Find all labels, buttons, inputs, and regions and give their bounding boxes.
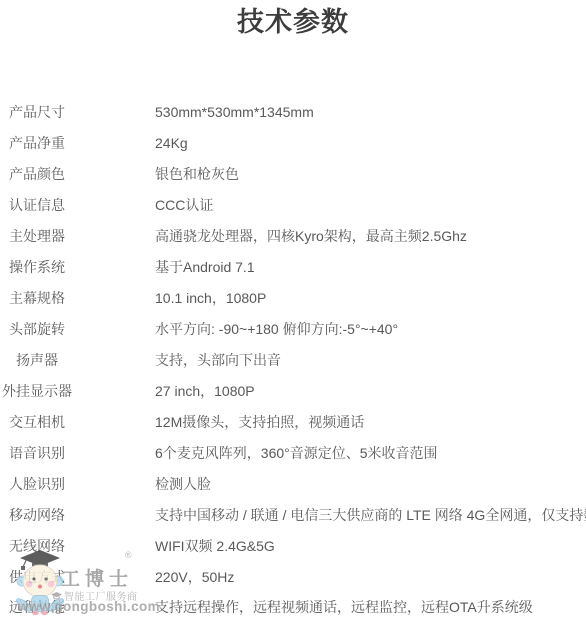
spec-value: 高通骁龙处理器，四核Kyro架构，最高主频2.5Ghz	[155, 226, 467, 246]
spec-label: 语音识别	[2, 443, 72, 463]
spec-label: 产品颜色	[2, 164, 72, 184]
spec-row: 移动网络 支持中国移动 / 联通 / 电信三大供应商的 LTE 网络 4G全网通…	[0, 499, 586, 530]
watermark-brand-text: 工博士	[61, 564, 133, 591]
spec-label: 认证信息	[2, 195, 72, 215]
spec-row: 产品尺寸 530mm*530mm*1345mm	[0, 97, 586, 128]
spec-label: 主处理器	[2, 226, 72, 246]
spec-row: 认证信息 CCC认证	[0, 190, 586, 221]
spec-table: 产品尺寸 530mm*530mm*1345mm 产品净重 24Kg 产品颜色 银…	[0, 97, 586, 623]
spec-label: 产品净重	[2, 133, 72, 153]
spec-row: 头部旋转 水平方向: -90~+180 俯仰方向:-5°~+40°	[0, 314, 586, 345]
registered-trademark-icon: ®	[125, 550, 132, 560]
spec-row: 人脸识别 检测人脸	[0, 468, 586, 499]
spec-value: 水平方向: -90~+180 俯仰方向:-5°~+40°	[155, 319, 398, 339]
spec-row: 语音识别 6个麦克风阵列，360°音源定位、5米收音范围	[0, 437, 586, 468]
spec-value: 支持，头部向下出音	[155, 350, 281, 370]
spec-value: WIFI双频 2.4G&5G	[155, 536, 275, 556]
spec-label: 头部旋转	[2, 319, 72, 339]
spec-row: 扬声器 支持，头部向下出音	[0, 345, 586, 376]
spec-value: 10.1 inch，1080P	[155, 288, 266, 308]
spec-label: 移动网络	[2, 505, 72, 525]
spec-value: 220V，50Hz	[155, 567, 234, 587]
spec-label: 人脸识别	[2, 474, 72, 494]
spec-row: 主处理器 高通骁龙处理器，四核Kyro架构，最高主频2.5Ghz	[0, 221, 586, 252]
spec-label: 操作系统	[2, 257, 72, 277]
spec-label: 产品尺寸	[2, 102, 72, 122]
spec-value: CCC认证	[155, 195, 213, 215]
spec-label: 交互相机	[2, 412, 72, 432]
gongboshi-watermark: 工博士 ® 智能工厂服务商 www.gongboshi.com	[15, 547, 155, 622]
spec-row: 外挂显示器 27 inch，1080P	[0, 375, 586, 406]
spec-value: 支持远程操作，远程视频通话，远程监控，远程OTA升系统级	[155, 597, 533, 617]
spec-row: 主幕规格 10.1 inch，1080P	[0, 283, 586, 314]
spec-label: 外挂显示器	[2, 381, 72, 401]
spec-value: 530mm*530mm*1345mm	[155, 104, 314, 120]
spec-sheet-page: 技术参数 产品尺寸 530mm*530mm*1345mm 产品净重 24Kg 产…	[0, 0, 586, 630]
spec-value: 支持中国移动 / 联通 / 电信三大供应商的 LTE 网络 4G全网通，仅支持数…	[155, 505, 586, 525]
spec-value: 6个麦克风阵列，360°音源定位、5米收音范围	[155, 443, 438, 463]
spec-row: 交互相机 12M摄像头，支持拍照，视频通话	[0, 406, 586, 437]
spec-row: 操作系统 基于Android 7.1	[0, 252, 586, 283]
spec-value: 12M摄像头，支持拍照，视频通话	[155, 412, 364, 432]
spec-row: 产品净重 24Kg	[0, 128, 586, 159]
watermark-url: www.gongboshi.com	[18, 599, 160, 614]
spec-value: 24Kg	[155, 135, 188, 151]
spec-value: 基于Android 7.1	[155, 257, 255, 277]
spec-value: 检测人脸	[155, 474, 211, 494]
spec-value: 银色和枪灰色	[155, 164, 239, 184]
spec-label: 扬声器	[2, 350, 72, 370]
page-title: 技术参数	[0, 0, 586, 37]
spec-row: 产品颜色 银色和枪灰色	[0, 159, 586, 190]
spec-label: 主幕规格	[2, 288, 72, 308]
spec-value: 27 inch，1080P	[155, 381, 255, 401]
